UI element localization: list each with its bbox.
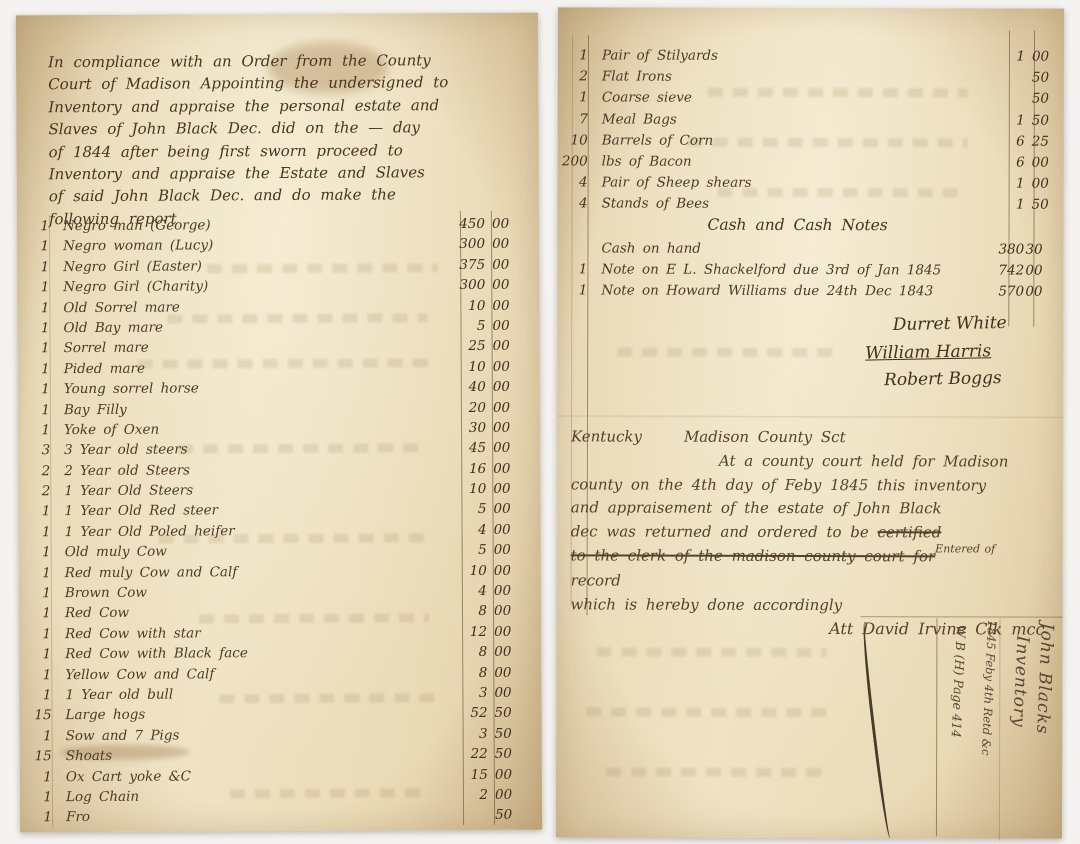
item-description: Young sorrel horse [55, 379, 460, 397]
inventory-row: 1 Negro man (George) 450 00 [23, 216, 528, 239]
item-value-dollars: 300 [459, 277, 485, 293]
inventory-row: 1 Sow and 7 Pigs 3 50 [26, 725, 531, 748]
cash-row: Cash on hand 380 30 [561, 240, 1055, 262]
inventory-row: 1 Sorrel mare 25 00 [24, 338, 529, 361]
item-value-dollars: 8 [461, 603, 487, 619]
item-value-cents: 00 [487, 624, 530, 640]
item-value-cents: 50 [487, 705, 530, 721]
item-quantity: 7 [562, 111, 593, 127]
item-description: lbs of Bacon [593, 153, 1005, 170]
docket-book-reference: W B (H) Page 414 [944, 618, 969, 832]
item-description: Meal Bags [593, 111, 1005, 128]
item-quantity: 1 [26, 789, 57, 805]
certification-text: record [571, 571, 621, 589]
item-value-cents: 00 [487, 522, 530, 538]
cash-row: 1 Note on E L. Shackelford due 3rd of Ja… [561, 262, 1055, 284]
item-value-dollars: 12 [461, 624, 487, 640]
item-value-cents: 50 [488, 807, 531, 823]
inventory-row: 4 Pair of Sheep shears 1 00 [562, 174, 1062, 196]
item-value-dollars: 8 [461, 644, 487, 660]
struck-text: certified [878, 523, 942, 541]
inventory-row: 1 Yoke of Oxen 30 00 [24, 420, 529, 443]
item-value-cents: 00 [1025, 49, 1062, 65]
inventory-row: 3 3 Year old steers 45 00 [24, 440, 529, 463]
item-quantity: 2 [562, 69, 593, 85]
item-value-cents: 00 [488, 787, 531, 803]
item-quantity: 2 [24, 463, 55, 479]
item-value-cents: 00 [485, 236, 528, 252]
item-quantity: 1 [23, 239, 54, 255]
inventory-row: 1 Red Cow with Black face 8 00 [25, 644, 530, 667]
item-description: Brown Cow [56, 583, 461, 601]
inventory-row: 10 Barrels of Corn 6 25 [562, 132, 1062, 154]
item-quantity: 1 [24, 341, 55, 357]
item-quantity: 1 [26, 809, 57, 825]
item-quantity: 1 [25, 606, 56, 622]
item-description: Negro man (George) [54, 216, 459, 234]
item-description: 1 Year Old Red steer [55, 502, 460, 520]
item-value-dollars: 40 [460, 379, 486, 395]
item-quantity: 1 [26, 728, 57, 744]
item-description: Old muly Cow [56, 542, 461, 560]
certification-line: At a county court held for Madison [571, 449, 1053, 474]
item-quantity: 2 [24, 483, 55, 499]
item-quantity: 1 [25, 687, 56, 703]
item-quantity: 1 [561, 283, 592, 299]
inventory-row: 1 Pided mare 10 00 [24, 358, 529, 381]
inventory-row: 1 Old Sorrel mare 10 00 [23, 297, 528, 320]
intro-line: Court of Madison Appointing the undersig… [48, 71, 500, 96]
item-description: Coarse sieve [593, 90, 1005, 107]
item-quantity: 1 [25, 544, 56, 560]
item-value-cents: 30 [1018, 242, 1055, 258]
inventory-row: 15 Large hogs 52 50 [25, 705, 530, 728]
item-value-dollars: 10 [461, 563, 487, 579]
item-description: Old Sorrel mare [54, 298, 459, 316]
item-value-cents: 00 [486, 358, 529, 374]
left-page: In compliance with an Order from the Cou… [16, 13, 542, 833]
item-value-cents: 25 [1025, 133, 1062, 149]
item-quantity: 1 [562, 47, 593, 63]
item-value-cents: 00 [487, 644, 530, 660]
inventory-row: 1 Bay Filly 20 00 [24, 399, 529, 422]
item-description: 1 Year old bull [56, 685, 461, 703]
item-description: Red Cow with Black face [56, 644, 461, 662]
item-description: Old Bay mare [54, 318, 459, 336]
certification-text: dec was returned and ordered to be [571, 523, 878, 542]
inventory-list-left: 1 Negro man (George) 450 00 1 Negro woma… [23, 216, 531, 830]
item-quantity: 1 [23, 320, 54, 336]
item-value-cents: 00 [487, 562, 530, 578]
inventory-row: 200 lbs of Bacon 6 00 [562, 153, 1062, 175]
item-quantity: 1 [24, 422, 55, 438]
inventory-row: 7 Meal Bags 1 50 [562, 111, 1062, 133]
item-value-dollars: 5 [459, 318, 485, 334]
item-description: Note on E L. Shackelford due 3rd of Jan … [592, 262, 998, 279]
inventory-list-right: 1 Pair of Stilyards 1 00 2 Flat Irons 50… [562, 47, 1062, 218]
cash-row: 1 Note on Howard Williams due 24th Dec 1… [561, 283, 1055, 305]
certification-line: which is hereby done accordingly [570, 593, 1052, 618]
item-value-dollars: 10 [460, 481, 486, 497]
bleedthrough-texture [617, 347, 837, 357]
item-quantity: 1 [25, 667, 56, 683]
inventory-row: 1 Red Cow with star 12 00 [25, 624, 530, 647]
item-description: Stands of Bees [593, 196, 1005, 213]
intro-line: of said John Black Dec. and do make the [49, 183, 501, 208]
item-value-dollars: 570 [998, 284, 1018, 300]
inventory-row: 1 Log Chain 2 00 [26, 787, 531, 810]
signature: Robert Boggs [865, 365, 1001, 395]
inventory-row: 4 Stands of Bees 1 50 [562, 196, 1062, 218]
item-quantity: 1 [24, 402, 55, 418]
certification-line: and appraisement of the estate of John B… [571, 497, 1053, 522]
item-description: Note on Howard Williams due 24th Dec 184… [592, 283, 998, 300]
item-value-cents: 00 [487, 603, 530, 619]
item-quantity: 1 [24, 361, 55, 377]
item-description: Pair of Sheep shears [593, 175, 1005, 192]
item-description: Cash on hand [592, 240, 998, 257]
appraiser-signatures: Durret White William Harris Robert Boggs [864, 310, 1001, 395]
court-certification: KentuckyMadison County Sct At a county c… [570, 425, 1053, 641]
item-description: Sow and 7 Pigs [57, 726, 462, 744]
item-description: Ox Cart yoke &C [57, 767, 462, 785]
item-value-cents: 50 [488, 725, 531, 741]
intro-line: Inventory and appraise the Estate and Sl… [49, 161, 501, 186]
item-description: 3 Year old steers [55, 440, 460, 458]
item-quantity: 1 [26, 769, 57, 785]
certification-heading: KentuckyMadison County Sct [571, 425, 1053, 450]
document-photo: In compliance with an Order from the Cou… [0, 0, 1080, 844]
item-quantity: 1 [23, 279, 54, 295]
item-description: Red muly Cow and Calf [56, 563, 461, 581]
item-value-cents: 00 [488, 766, 531, 782]
item-description: Large hogs [56, 705, 461, 723]
item-value-cents: 00 [487, 664, 530, 680]
item-description: Bay Filly [55, 400, 460, 418]
inventory-row: 1 Negro Girl (Charity) 300 00 [23, 277, 528, 300]
item-value-dollars: 380 [998, 241, 1018, 257]
intro-line: Inventory and appraise the personal esta… [48, 94, 500, 119]
item-value-cents: 00 [486, 420, 529, 436]
item-value-dollars: 15 [462, 766, 488, 782]
item-quantity: 1 [25, 646, 56, 662]
docket-ink-stroke [859, 619, 914, 839]
item-quantity: 1 [561, 262, 592, 278]
item-quantity: 1 [562, 90, 593, 106]
item-value-dollars: 375 [459, 257, 485, 273]
item-value-cents: 50 [1025, 70, 1062, 86]
inventory-row: 1 Negro Girl (Easter) 375 00 [23, 256, 528, 279]
interlined-correction: Entered of [935, 542, 995, 555]
item-value-cents: 00 [485, 216, 528, 232]
item-description: Sorrel mare [55, 338, 460, 356]
item-value-dollars: 4 [461, 522, 487, 538]
item-value-dollars: 4 [461, 583, 487, 599]
item-description: Yellow Cow and Calf [56, 665, 461, 683]
item-value-cents: 00 [485, 297, 528, 313]
item-value-cents: 00 [487, 685, 530, 701]
item-value-dollars: 2 [462, 787, 488, 803]
item-quantity: 1 [24, 381, 55, 397]
item-description: Barrels of Corn [593, 132, 1005, 149]
item-quantity: 1 [23, 218, 54, 234]
cash-section-header: Cash and Cash Notes [707, 216, 887, 234]
item-value-dollars: 3 [461, 685, 487, 701]
intro-line: of 1844 after being first sworn proceed … [49, 138, 501, 163]
signature: Durret White [864, 310, 1006, 340]
item-quantity: 1 [25, 585, 56, 601]
item-quantity: 1 [25, 626, 56, 642]
item-value-dollars: 1 [1005, 176, 1025, 192]
item-description: Log Chain [57, 787, 462, 805]
struck-text: to the clerk of the madison county court… [571, 546, 936, 565]
item-description: 2 Year old Steers [55, 461, 460, 479]
item-value-dollars: 6 [1005, 154, 1025, 170]
right-page: 1 Pair of Stilyards 1 00 2 Flat Irons 50… [556, 7, 1064, 838]
item-value-dollars: 10 [459, 297, 485, 313]
item-value-dollars: 6 [1005, 133, 1025, 149]
item-quantity: 1 [24, 504, 55, 520]
item-quantity: 1 [25, 565, 56, 581]
intro-line: Slaves of John Black Dec. did on the — d… [48, 116, 500, 141]
item-value-cents: 00 [487, 583, 530, 599]
bleedthrough-texture [596, 647, 826, 657]
item-value-dollars: 1 [1005, 197, 1025, 213]
inventory-row: 1 Ox Cart yoke &C 15 00 [26, 766, 531, 789]
inventory-row: 1 Red muly Cow and Calf 10 00 [25, 562, 530, 585]
item-value-cents: 50 [1025, 91, 1062, 107]
item-quantity: 4 [562, 196, 593, 212]
item-description: 1 Year Old Steers [55, 481, 460, 499]
item-description: Fro [57, 807, 462, 825]
inventory-row: 1 Coarse sieve 50 [562, 90, 1062, 112]
certification-state: Kentucky [571, 427, 642, 445]
inventory-row: 1 Fro 50 [26, 807, 531, 830]
inventory-row: 1 Old Bay mare 5 00 [23, 318, 528, 341]
item-value-dollars: 52 [461, 705, 487, 721]
item-value-cents: 00 [486, 460, 529, 476]
item-value-cents: 50 [1025, 197, 1062, 213]
item-value-cents: 00 [1025, 154, 1062, 170]
item-description: Flat Irons [593, 69, 1005, 86]
item-quantity: 1 [23, 300, 54, 316]
item-quantity: 1 [25, 524, 56, 540]
item-value-dollars: 45 [460, 440, 486, 456]
certification-line: to the clerk of the madison county court… [571, 544, 1053, 594]
item-value-cents: 00 [486, 501, 529, 517]
item-quantity: 4 [562, 174, 593, 190]
inventory-row: 2 2 Year old Steers 16 00 [24, 460, 529, 483]
docket-name-line: John Blacks [1027, 622, 1057, 837]
inventory-row: 2 1 Year Old Steers 10 00 [24, 481, 529, 504]
inventory-row: 1 1 Year Old Poled heifer 4 00 [25, 522, 530, 545]
inventory-row: 1 1 Year Old Red steer 5 00 [24, 501, 529, 524]
certification-county: Madison County Sct [684, 428, 846, 446]
bleedthrough-texture [586, 707, 826, 717]
item-value-dollars: 1 [1005, 49, 1025, 65]
certification-line: county on the 4th day of Feby 1845 this … [571, 473, 1053, 498]
item-value-dollars: 16 [460, 461, 486, 477]
item-value-dollars: 1 [1005, 112, 1025, 128]
item-quantity: 3 [24, 442, 55, 458]
item-value-dollars: 742 [998, 263, 1018, 279]
item-value-cents: 00 [1025, 176, 1062, 192]
item-value-dollars: 10 [460, 359, 486, 375]
intro-line: In compliance with an Order from the Cou… [48, 49, 500, 74]
item-quantity: 10 [562, 132, 593, 148]
item-value-cents: 50 [488, 746, 531, 762]
item-value-cents: 00 [485, 277, 528, 293]
item-value-dollars: 8 [461, 665, 487, 681]
cash-list: Cash on hand 380 30 1 Note on E L. Shack… [561, 240, 1055, 305]
signature: William Harris [865, 338, 991, 368]
docket-date-line: 1845 Feby 4th Retd &c [975, 620, 999, 834]
item-value-dollars: 5 [461, 542, 487, 558]
item-description: Pided mare [55, 359, 460, 377]
item-quantity: 200 [562, 153, 593, 169]
item-description: Yoke of Oxen [55, 420, 460, 438]
item-value-dollars: 30 [460, 420, 486, 436]
item-value-cents: 00 [486, 440, 529, 456]
bleedthrough-texture [606, 767, 826, 777]
item-value-dollars: 5 [460, 501, 486, 517]
item-value-dollars: 450 [459, 216, 485, 232]
item-description: Negro Girl (Charity) [54, 277, 459, 295]
item-value-cents: 00 [486, 481, 529, 497]
item-quantity: 15 [26, 748, 57, 764]
item-value-cents: 00 [486, 338, 529, 354]
item-value-dollars: 3 [462, 726, 488, 742]
docket-endorsement: John Blacks Inventory 1845 Feby 4th Retd… [934, 618, 1057, 837]
item-description: 1 Year Old Poled heifer [56, 522, 461, 540]
inventory-row: 15 Shoats 22 50 [26, 746, 531, 769]
item-description: Red Cow with star [56, 624, 461, 642]
inventory-row: 1 1 Year old bull 3 00 [25, 685, 530, 708]
item-value-dollars: 22 [462, 746, 488, 762]
item-value-dollars: 25 [460, 338, 486, 354]
item-value-cents: 00 [486, 399, 529, 415]
item-value-dollars: 20 [460, 399, 486, 415]
inventory-row: 1 Old muly Cow 5 00 [25, 542, 530, 565]
item-description: Shoats [57, 746, 462, 764]
item-value-cents: 00 [485, 256, 528, 272]
item-value-cents: 00 [1018, 263, 1055, 279]
inventory-row: 2 Flat Irons 50 [562, 69, 1062, 91]
inventory-row: 1 Red Cow 8 00 [25, 603, 530, 626]
inventory-row: 1 Pair of Stilyards 1 00 [562, 47, 1062, 69]
item-description: Negro Girl (Easter) [54, 257, 459, 275]
item-value-cents: 00 [486, 379, 529, 395]
item-description: Red Cow [56, 603, 461, 621]
inventory-row: 1 Yellow Cow and Calf 8 00 [25, 664, 530, 687]
item-value-cents: 00 [487, 542, 530, 558]
inventory-row: 1 Brown Cow 4 00 [25, 583, 530, 606]
item-value-dollars: 300 [459, 236, 485, 252]
item-quantity: 1 [23, 259, 54, 275]
item-value-cents: 00 [485, 318, 528, 334]
item-description: Negro woman (Lucy) [54, 236, 459, 254]
inventory-row: 1 Negro woman (Lucy) 300 00 [23, 236, 528, 259]
intro-paragraph: In compliance with an Order from the Cou… [48, 49, 501, 231]
item-value-cents: 00 [1018, 284, 1055, 300]
item-description: Pair of Stilyards [593, 47, 1005, 64]
fold-crease [557, 415, 1063, 419]
inventory-row: 1 Young sorrel horse 40 00 [24, 379, 529, 402]
item-value-cents: 50 [1025, 112, 1062, 128]
item-quantity: 15 [25, 708, 56, 724]
